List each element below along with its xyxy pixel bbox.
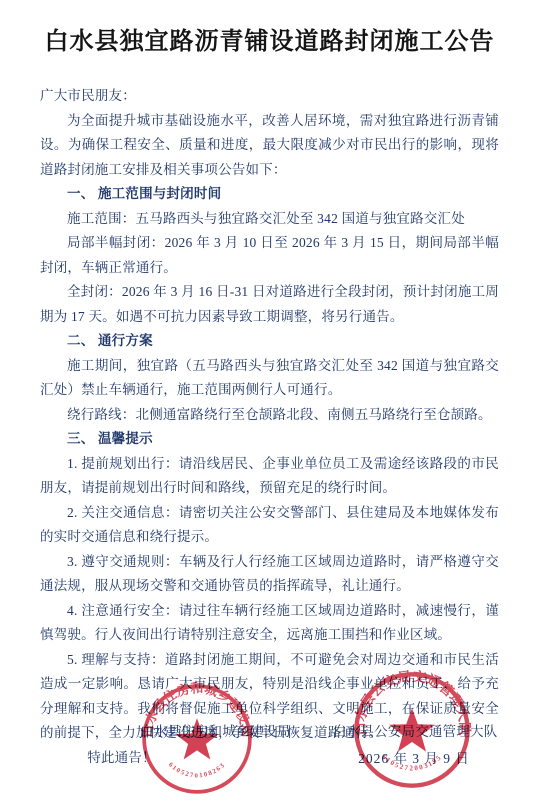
section-heading-3: 三、 温馨提示	[40, 427, 499, 452]
paragraph-traffic-plan: 施工期间，独宜路（五马路西头与独宜路交汇处至 342 国道与独宜路交汇处）禁止车…	[40, 354, 499, 403]
seal-code-text: 6105272003195	[380, 753, 443, 772]
page-title: 白水县独宜路沥青铺设道路封闭施工公告	[40, 26, 499, 58]
notice-page: 白水县独宜路沥青铺设道路封闭施工公告 广大市民朋友： 为全面提升城市基础设施水平…	[0, 0, 539, 804]
notice-body: 广大市民朋友： 为全面提升城市基础设施水平，改善人居环境，需对独宜路进行沥青铺设…	[40, 84, 499, 770]
tip-item-3: 3. 遵守交通规则：车辆及行人行经施工区域周边道路时，请严格遵守交通法规，服从现…	[40, 550, 499, 599]
salutation: 广大市民朋友：	[40, 84, 499, 109]
official-seal-left: 白水县住房和城乡建设局 6105270108263	[140, 682, 254, 796]
paragraph-detour-route: 绕行路线：北侧通富路绕行至仓颉路北段、南侧五马路绕行至仓颉路。	[40, 403, 499, 428]
paragraph-partial-close: 局部半幅封闭：2026 年 3 月 10 日至 2026 年 3 月 15 日，…	[40, 231, 499, 280]
section-heading-2: 二、 通行方案	[40, 329, 499, 354]
official-seal-right: 白水县公安局交通管理大队 6105272003195	[352, 670, 472, 790]
tip-item-2: 2. 关注交通信息：请密切关注公安交警部门、县住建局及本地媒体发布的实时交通信息…	[40, 501, 499, 550]
paragraph-full-close: 全封闭：2026 年 3 月 16 日-31 日对道路进行全段封闭，预计封闭施工…	[40, 280, 499, 329]
paragraph-scope: 施工范围：五马路西头与独宜路交汇处至 342 国道与独宜路交汇处	[40, 207, 499, 232]
section-heading-1: 一、 施工范围与封闭时间	[40, 182, 499, 207]
signature-block: 白水县住房和城乡建设局 白水县公安局交通管理大队 2026 年 3 月 9 日 …	[0, 676, 539, 804]
star-icon	[175, 718, 218, 759]
tip-item-4: 4. 注意通行安全：请过往车辆行经施工区域周边道路时，减速慢行，谨慎驾驶。行人夜…	[40, 599, 499, 648]
star-icon	[389, 708, 435, 751]
paragraph-intro: 为全面提升城市基础设施水平，改善人居环境，需对独宜路进行沥青铺设。为确保工程安全…	[40, 109, 499, 183]
seal-code-text: 6105270108263	[167, 761, 227, 779]
tip-item-1: 1. 提前规划出行：请沿线居民、企事业单位员工及需途经该路段的市民朋友，请提前规…	[40, 452, 499, 501]
